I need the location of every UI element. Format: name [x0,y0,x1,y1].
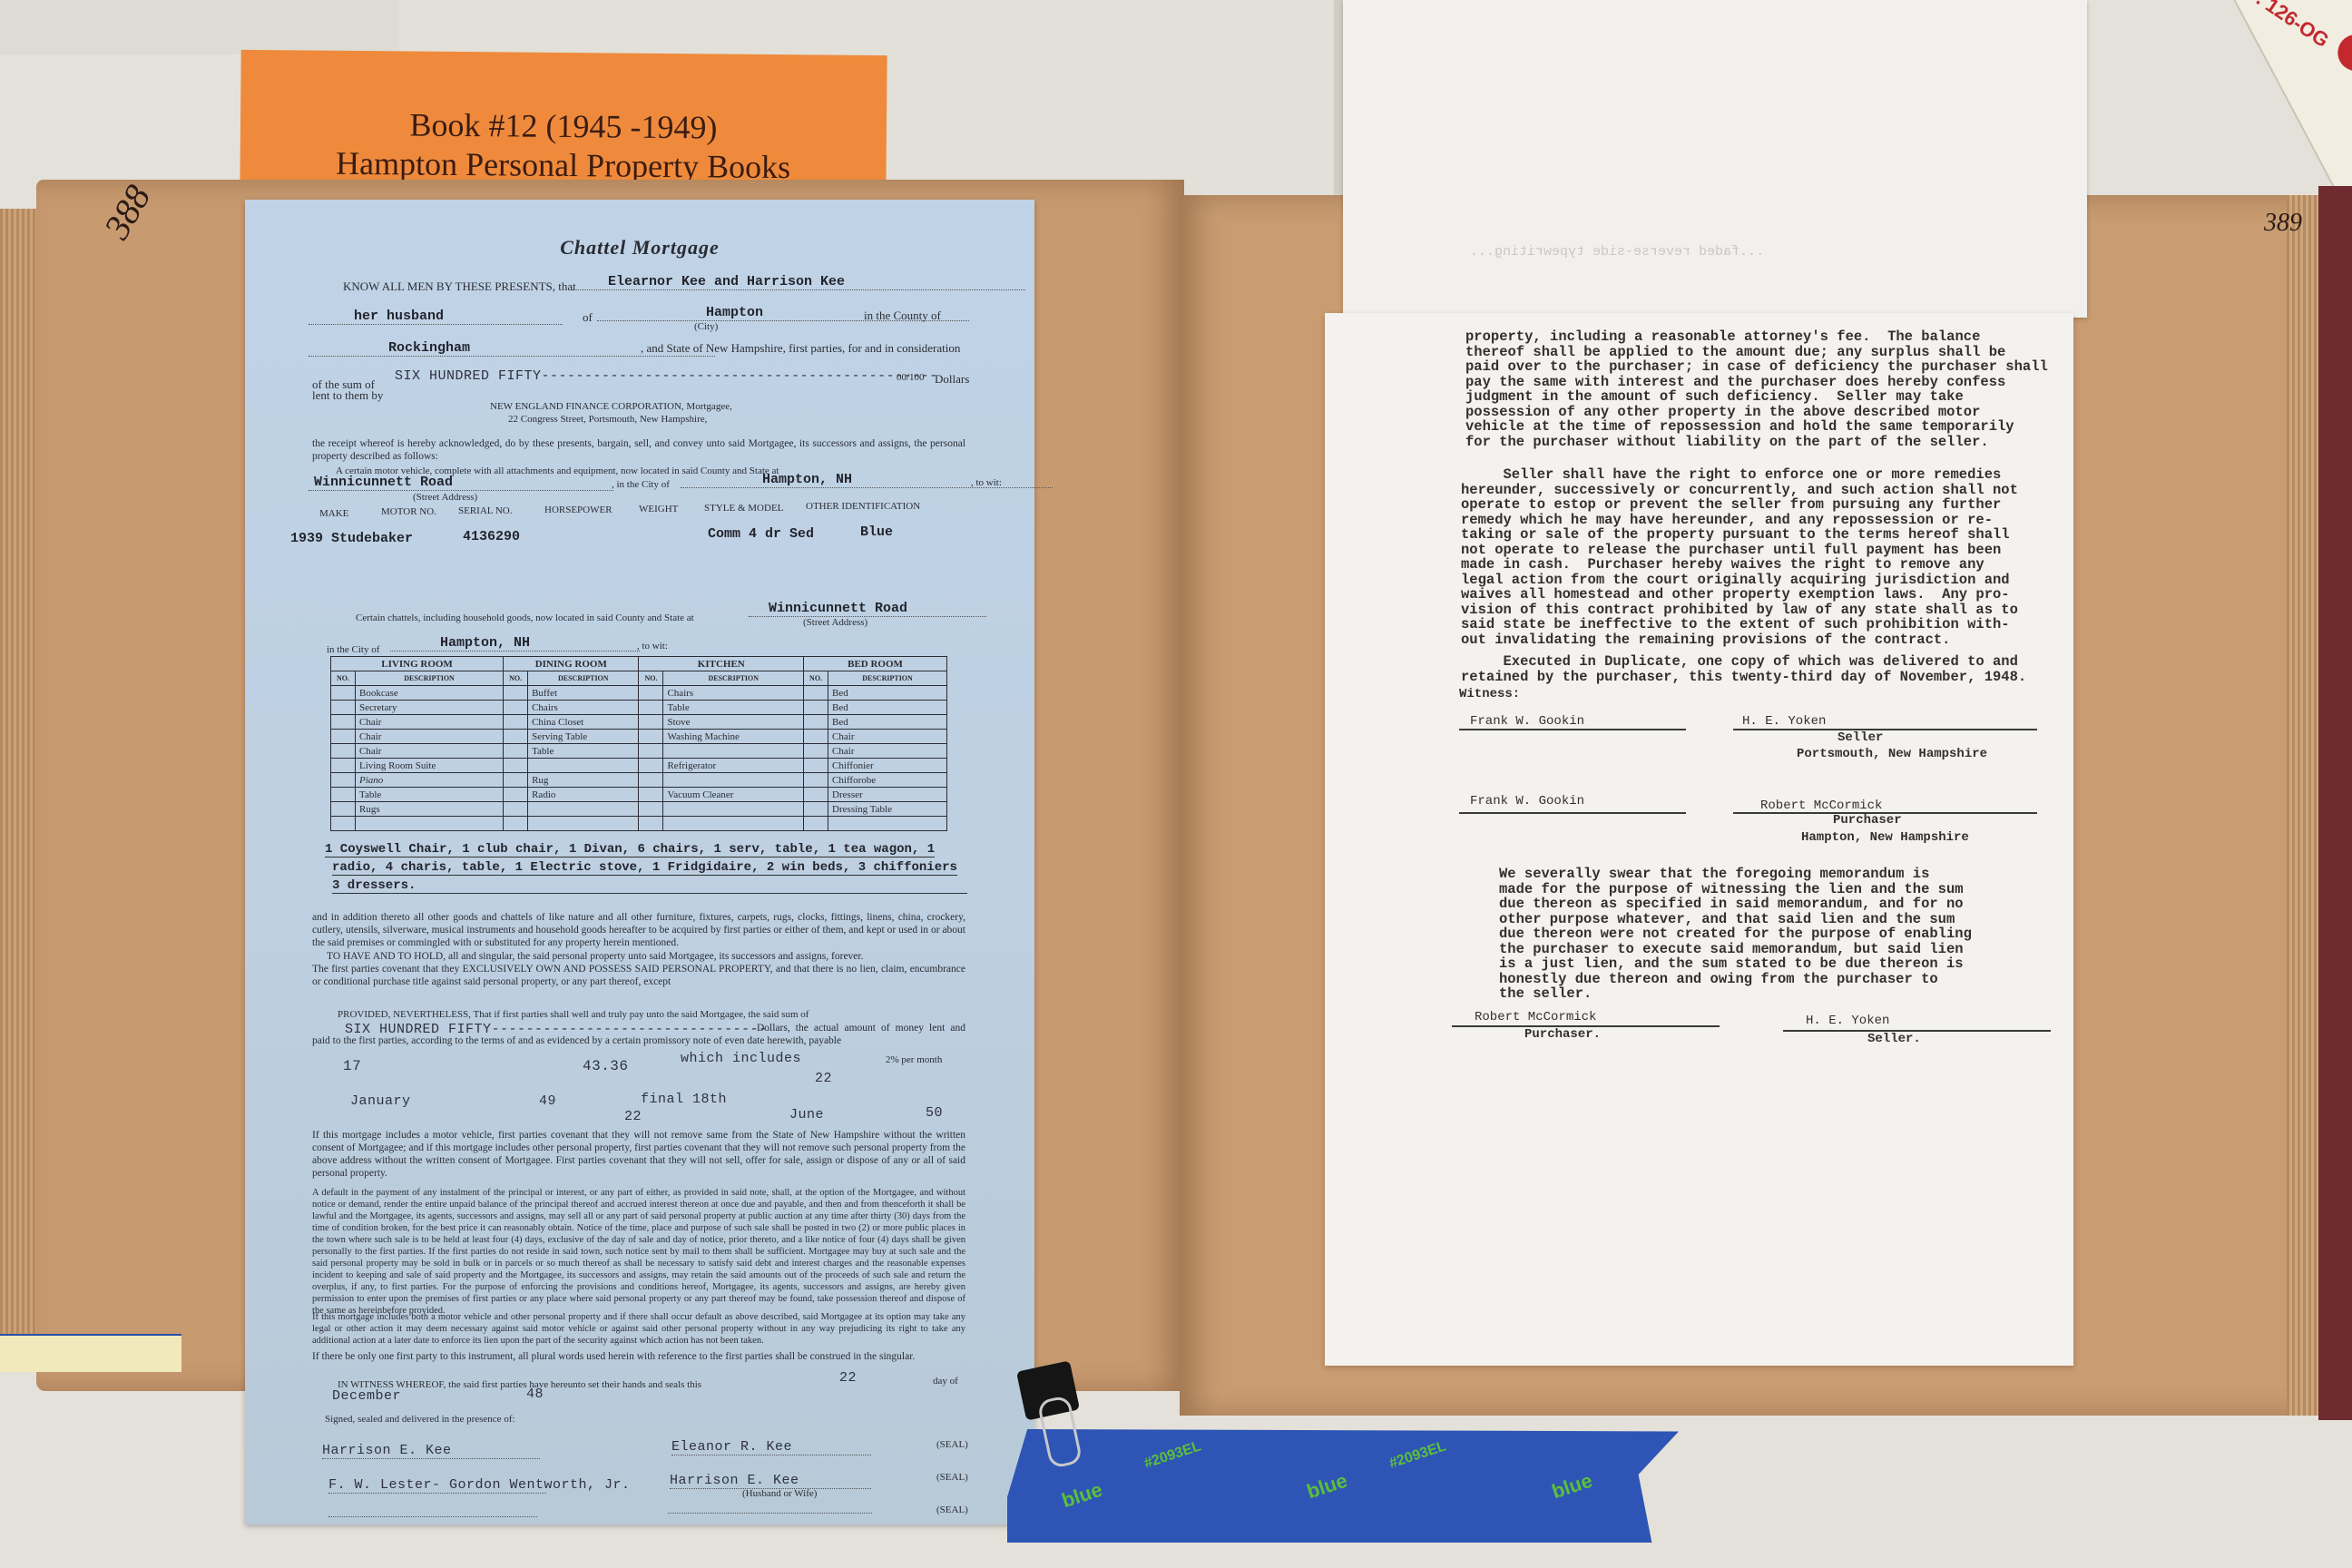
col-style-model: STYLE & MODEL [704,503,783,514]
default-clause: A default in the payment of any instalme… [312,1187,965,1317]
bedroom-item: Bed [828,701,947,715]
kitchen-item [663,802,804,817]
col-motor-no: MOTOR NO. [381,506,436,517]
book-label-card: Book #12 (1945 -1949) Hampton Personal P… [240,50,887,201]
living-item: Chair [356,730,504,744]
dining-item: Buffet [528,686,639,701]
bedroom-item: Chiffonier [828,759,947,773]
kitchen-item: Stove [663,715,804,730]
affidavit-paragraph: We severally swear that the foregoing me… [1499,867,1972,1002]
sum-field: SIX HUNDRED FIFTY-----------------------… [395,368,938,384]
proviso-label: PROVIDED, NEVERTHELESS, That if first pa… [338,1009,808,1020]
bedroom-item: Dressing Table [828,802,947,817]
kitchen-item: Table [663,701,804,715]
form-title: Chattel Mortgage [245,236,1034,260]
inventory-row: ChairTableChair [331,744,947,759]
kitchen-item: Chairs [663,686,804,701]
living-item: Secretary [356,701,504,715]
seal-label-1: (SEAL) [936,1439,968,1450]
witness-a-line [1459,729,1686,730]
ruler-label: NO. 126-OG [2227,0,2333,53]
inventory-row: RugsDressing Table [331,802,947,817]
bedroom-item: Bed [828,686,947,701]
witness-signature-1: Harrison E. Kee [322,1443,540,1459]
chattel-mortgage-form: Chattel Mortgage KNOW ALL MEN BY THESE P… [245,200,1034,1524]
affidavit-purchaser-signature: Robert McCormick [1475,1010,1596,1024]
desc-header: DESCRIPTION [356,671,504,686]
no-header: NO. [804,671,828,686]
blank-signer-line [668,1512,872,1514]
witness-year: 48 [526,1387,544,1402]
book-cover [2318,186,2352,1420]
witness-day-of: day of [933,1376,958,1387]
painters-tape: blue #2093EL blue #2093EL blue [1007,1429,1679,1543]
intro-label: KNOW ALL MEN BY THESE PRESENTS, that [343,279,576,294]
desc-header: DESCRIPTION [828,671,947,686]
seller-role: Seller [1837,730,1883,745]
bedroom-item: Chair [828,730,947,744]
chattels-city-label: in the City of [327,644,379,655]
dining-item: Serving Table [528,730,639,744]
tape-brand: blue [1059,1478,1105,1514]
inventory-row: ChairChina ClosetStoveBed [331,715,947,730]
room-header-dining: DINING ROOM [504,657,639,671]
living-item: Living Room Suite [356,759,504,773]
no-header: NO. [639,671,663,686]
kitchen-item: Refrigerator [663,759,804,773]
city-caption: (City) [694,321,718,332]
typed-items-line1: 1 Coyswell Chair, 1 club chair, 1 Divan,… [325,842,935,857]
county-label: in the County of [864,309,941,323]
paragraph-seller-rights: Seller shall have the right to enforce o… [1461,467,2018,647]
paragraph-executed: Executed in Duplicate, one copy of which… [1461,654,2026,684]
to-wit: , to wit: [971,477,1002,488]
vehicle-motor-no: 4136290 [463,529,520,544]
proviso-tail: Dollars, the actual amount of money lent… [312,1022,965,1047]
witness-label: Witness: [1459,687,1520,701]
room-header-bedroom: BED ROOM [804,657,947,671]
final-year: 50 [926,1105,943,1121]
signer-signature-2: Harrison E. Kee [670,1473,871,1489]
addition-clause: and in addition thereto all other goods … [312,911,965,949]
desk-surface [0,0,399,54]
state-clause: , and State of New Hampshire, first part… [641,341,960,356]
dining-item: Radio [528,788,639,802]
reverse-ghost-text: ...faded reverse-side typewriting... [1470,245,1764,259]
witness-b-line [1459,812,1686,814]
final-day: 22 [624,1109,642,1124]
signed-label: Signed, sealed and delivered in the pres… [325,1414,515,1425]
col-horsepower: HORSEPOWER [544,505,612,515]
kitchen-item: Vacuum Cleaner [663,788,804,802]
no-header: NO. [331,671,356,686]
room-header-living: LIVING ROOM [331,657,504,671]
bedroom-item: Bed [828,715,947,730]
instalment-amount: 43.36 [583,1058,629,1074]
dining-item [528,759,639,773]
parties-field: Elearnor Kee and Harrison Kee [572,274,1025,290]
tape-code: #2093EL [1387,1438,1448,1472]
seller-line [1733,729,2037,730]
page-number-right: 389 [2264,209,2302,238]
kitchen-item: Washing Machine [663,730,804,744]
blank-witness-line [328,1515,537,1517]
col-weight: WEIGHT [639,504,678,514]
dining-item [528,802,639,817]
tape-brand: blue [1549,1469,1595,1504]
chattels-clause: Certain chattels, including household go… [356,612,694,623]
seller-city: Portsmouth, New Hampshire [1797,747,1987,761]
chattels-city-field: Hampton, NH [390,635,640,652]
inventory-row: ChairServing TableWashing MachineChair [331,730,947,744]
vehicle-style-model: Comm 4 dr Sed [708,526,814,542]
conditional-sale-sheet: property, including a reasonable attorne… [1325,313,2073,1366]
final-month: June [789,1107,824,1122]
living-item: Bookcase [356,686,504,701]
signer-signature-1: Eleanor R. Kee [671,1439,871,1455]
signer-caption: (Husband or Wife) [742,1488,817,1499]
desc-header: DESCRIPTION [663,671,804,686]
habendum-clause: TO HAVE AND TO HOLD, all and singular, t… [327,950,965,963]
paragraph-remedies-balance: property, including a reasonable attorne… [1465,329,2048,449]
living-item: Table [356,788,504,802]
street-caption: (Street Address) [413,492,477,503]
inventory-row [331,817,947,831]
kitchen-item [663,773,804,788]
chattels-street-caption: (Street Address) [803,617,867,628]
vehicle-color: Blue [860,524,893,540]
affidavit-purchaser-role: Purchaser. [1524,1027,1601,1042]
instalments-count: 17 [343,1058,361,1074]
desc-header: DESCRIPTION [528,671,639,686]
dining-item: Table [528,744,639,759]
motor-vehicle-clause: If this mortgage includes a motor vehicl… [312,1129,965,1180]
col-other-id: OTHER IDENTIFICATION [806,501,920,512]
ruler-logo-icon [2331,28,2352,77]
kitchen-item [663,744,804,759]
col-make: MAKE [319,508,348,519]
witness-b: Frank W. Gookin [1470,794,1584,808]
seal-label-2: (SEAL) [936,1472,968,1483]
of-label: of [583,310,593,325]
room-header-kitchen: KITCHEN [639,657,804,671]
interest-rate: 2% per month [886,1054,942,1065]
living-item: Rugs [356,802,504,817]
no-header: NO. [504,671,528,686]
dining-item: China Closet [528,715,639,730]
inventory-table: LIVING ROOM DINING ROOM KITCHEN BED ROOM… [330,656,947,831]
purchaser-role: Purchaser [1833,813,1902,828]
bedroom-item: Chair [828,744,947,759]
inventory-row: Living Room SuiteRefrigeratorChiffonier [331,759,947,773]
tape-code: #2093EL [1142,1438,1203,1472]
both-clause: If this mortgage includes both a motor v… [312,1311,965,1347]
first-payment-year: 49 [539,1093,556,1109]
mortgagee-name: NEW ENGLAND FINANCE CORPORATION, Mortgag… [490,401,732,412]
col-serial-no: SERIAL NO. [458,505,512,516]
folded-sheet-flap: ...faded reverse-side typewriting... [1343,0,2087,318]
lent-label: lent to them by [312,388,383,403]
mortgagee-address: 22 Congress Street, Portsmouth, New Hamp… [508,414,707,425]
sum-fraction: 00/100 [897,372,925,383]
witness-signature-2: F. W. Lester- Gordon Wentworth, Jr. [328,1477,546,1494]
affidavit-seller-signature: H. E. Yoken [1806,1014,1889,1028]
purchaser-city: Hampton, New Hampshire [1801,830,1969,845]
inventory-row: SecretaryChairsTableBed [331,701,947,715]
dollars-label: Dollars [935,372,969,387]
chattels-street-field: Winnicunnett Road [749,601,986,617]
parties-cont-field: her husband [309,309,563,325]
chattels-to-wit: , to wit: [637,641,668,652]
book-label-title: Book #12 (1945 -1949) [240,104,887,148]
bedroom-item: Chifforobe [828,773,947,788]
first-payment-day: 22 [815,1071,832,1086]
typed-items-line2: radio, 4 charis, table, 1 Electric stove… [332,860,957,876]
witness-a: Frank W. Gookin [1470,714,1584,729]
seller-signature: H. E. Yoken [1742,714,1826,729]
seal-label-3: (SEAL) [936,1504,968,1515]
tape-brand: blue [1304,1469,1350,1504]
receipt-clause: the receipt whereof is hereby acknowledg… [312,437,965,463]
vehicle-make: 1939 Studebaker [290,531,413,546]
inventory-row: PianoRugChifforobe [331,773,947,788]
instalment-note: which includes [681,1051,801,1066]
living-item: Chair [356,715,504,730]
living-item: Chair [356,744,504,759]
dining-item: Rug [528,773,639,788]
dining-item: Chairs [528,701,639,715]
inventory-row: BookcaseBuffetChairsBed [331,686,947,701]
affidavit-seller-role: Seller. [1867,1032,1921,1046]
witness-month: December [332,1388,401,1404]
typed-items-line3: 3 dressers. [332,878,967,894]
first-payment-month: January [350,1093,411,1109]
final-instalment: final 18th [641,1092,727,1107]
living-item: Piano [356,773,504,788]
index-tab [0,1334,181,1372]
witness-day: 22 [839,1370,857,1386]
inventory-row: TableRadioVacuum CleanerDresser [331,788,947,802]
bedroom-item: Dresser [828,788,947,802]
singular-clause: If there be only one first party to this… [312,1350,965,1363]
in-city-label: , in the City of [612,479,670,490]
vehicle-street-field: Winnicunnett Road [309,475,613,491]
purchaser-signature: Robert McCormick [1760,799,1882,813]
covenant-clause: The first parties covenant that they EXC… [312,963,965,988]
